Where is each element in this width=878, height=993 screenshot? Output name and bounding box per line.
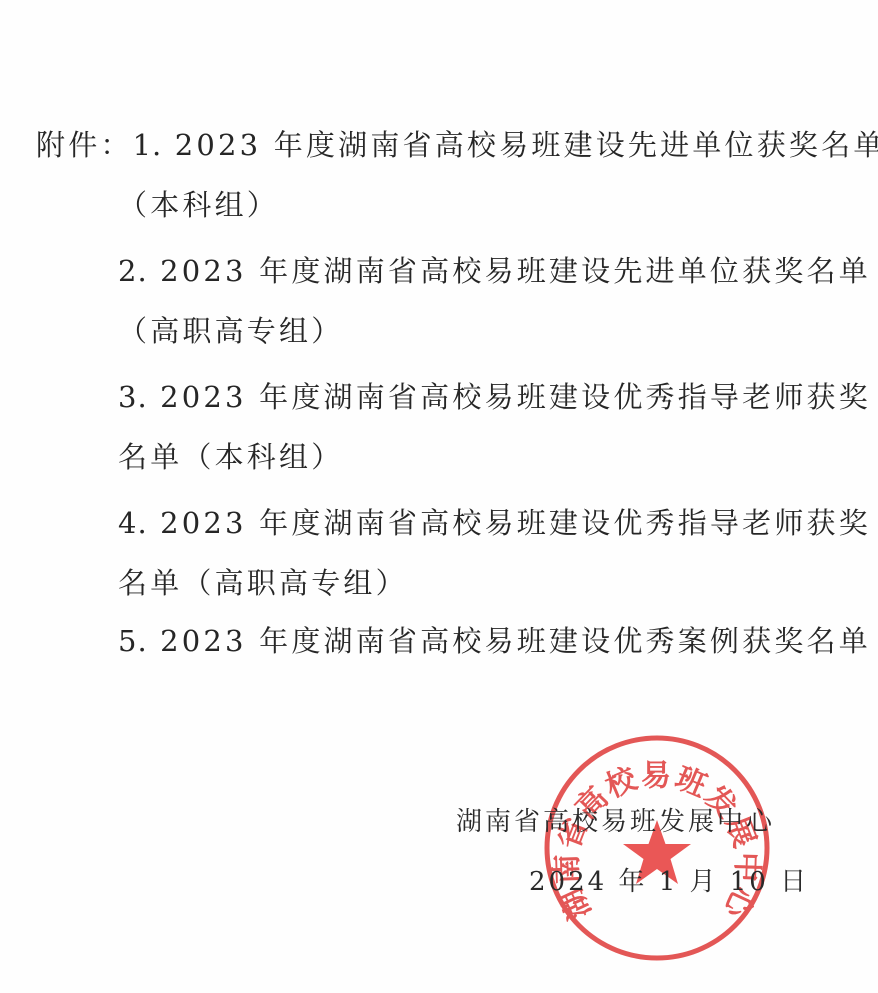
attachment-item-1-line2: （本科组） (118, 188, 279, 222)
attachment-item-2-line1: 2. 2023 年度湖南省高校易班建设先进单位获奖名单 (118, 254, 871, 288)
attachment-item-5-line1: 5. 2023 年度湖南省高校易班建设优秀案例获奖名单 (118, 624, 871, 658)
document-page: 附件：1. 2023 年度湖南省高校易班建设先进单位获奖名单 （本科组） 2. … (0, 0, 878, 993)
item-title: 2023 年度湖南省高校易班建设优秀指导老师获奖 (160, 506, 871, 540)
item-number: 3. (118, 380, 148, 414)
attachment-item-3-line2: 名单（本科组） (118, 440, 343, 474)
item-title: 2023 年度湖南省高校易班建设先进单位获奖名单 (160, 254, 871, 288)
attachment-item-2-line2: （高职高专组） (118, 314, 343, 348)
attachment-item-3-line1: 3. 2023 年度湖南省高校易班建设优秀指导老师获奖 (118, 380, 871, 414)
item-number: 5. (118, 624, 148, 658)
item-title: 2023 年度湖南省高校易班建设优秀指导老师获奖 (160, 380, 871, 414)
attachment-item-4-line2: 名单（高职高专组） (118, 566, 408, 600)
item-title: 2023 年度湖南省高校易班建设优秀案例获奖名单 (160, 624, 871, 658)
issuing-organization: 湖南省高校易班发展中心 (456, 806, 775, 838)
official-seal: 湖南省高校易班发展中心 (543, 734, 771, 962)
attachments-label: 附件： (36, 128, 133, 162)
item-title: 2023 年度湖南省高校易班建设先进单位获奖名单 (175, 128, 878, 162)
item-number: 4. (118, 506, 148, 540)
attachment-item-4-line1: 4. 2023 年度湖南省高校易班建设优秀指导老师获奖 (118, 506, 871, 540)
attachment-item-1-line1: 附件：1. 2023 年度湖南省高校易班建设先进单位获奖名单 (36, 128, 878, 162)
issue-date: 2024 年 1 月 10 日 (529, 866, 809, 898)
item-number: 2. (118, 254, 148, 288)
item-number: 1. (133, 128, 163, 162)
